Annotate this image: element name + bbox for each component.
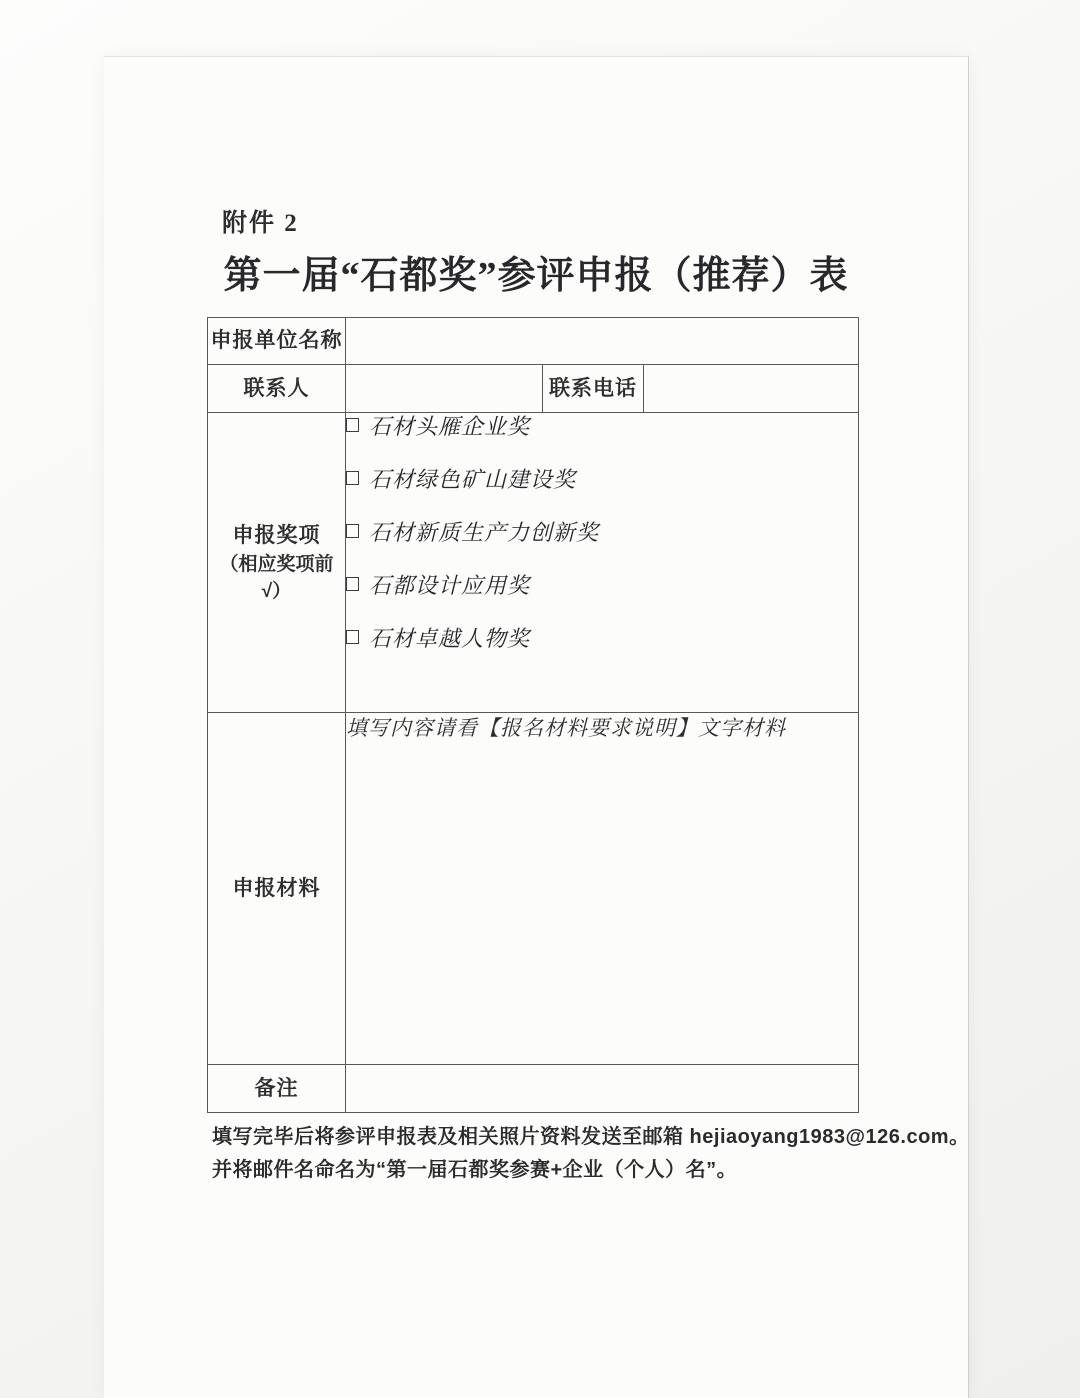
award-option-3: 石材新质生产力创新奖 (346, 519, 858, 543)
award-options-cell: 石材头雁企业奖 石材绿色矿山建设奖 石材新质生产力创新奖 石都设计应用奖 (346, 413, 859, 713)
award-option-label: 石都设计应用奖 (369, 569, 530, 600)
award-option-label: 石材新质生产力创新奖 (369, 516, 599, 547)
award-option-label: 石材卓越人物奖 (369, 622, 530, 653)
award-option-label: 石材绿色矿山建设奖 (369, 463, 576, 494)
materials-cell: 填写内容请看【报名材料要求说明】文字材料 (346, 713, 859, 1065)
phone-value-cell (644, 365, 859, 413)
award-option-5: 石材卓越人物奖 (346, 625, 858, 649)
table-row-remarks: 备注 (208, 1065, 859, 1113)
table-row-awards: 申报奖项 （相应奖项前 √） 石材头雁企业奖 石材绿色矿山建设奖 (208, 413, 859, 713)
application-form-table: 申报单位名称 联系人 联系电话 申报奖项 （相应奖项前 √） 石材头 (207, 317, 859, 1113)
page-title: 第一届“石都奖”参评申报（推荐）表 (104, 253, 968, 299)
contact-value-cell (346, 365, 543, 413)
checkbox-icon (346, 418, 359, 432)
award-note-line2: √） (208, 578, 345, 605)
footer-line1: 填写完毕后将参评申报表及相关照片资料发送至邮箱 hejiaoyang1983@1… (212, 1121, 892, 1154)
award-option-label: 石材头雁企业奖 (369, 410, 530, 441)
unit-name-value-cell (346, 318, 859, 365)
materials-label: 申报材料 (208, 713, 346, 1065)
footer-line2: 并将邮件名命名为“第一届石都奖参赛+企业（个人）名”。 (212, 1154, 892, 1187)
award-option-1: 石材头雁企业奖 (346, 413, 858, 437)
footer-instructions: 填写完毕后将参评申报表及相关照片资料发送至邮箱 hejiaoyang1983@1… (212, 1121, 892, 1187)
table-row-materials: 申报材料 填写内容请看【报名材料要求说明】文字材料 (208, 713, 859, 1065)
award-section-label: 申报奖项 （相应奖项前 √） (208, 413, 346, 713)
checkbox-icon (346, 630, 359, 644)
attachment-label: 附件 2 (222, 209, 299, 239)
award-note-line1: （相应奖项前 (208, 551, 345, 578)
materials-note: 填写内容请看【报名材料要求说明】文字材料 (346, 713, 858, 743)
unit-name-label: 申报单位名称 (208, 318, 346, 365)
award-label-text: 申报奖项 (208, 521, 345, 551)
table-row-contact: 联系人 联系电话 (208, 365, 859, 413)
award-option-2: 石材绿色矿山建设奖 (346, 466, 858, 490)
document-page: 附件 2 第一届“石都奖”参评申报（推荐）表 申报单位名称 联系人 联系电话 申… (104, 56, 969, 1398)
checkbox-icon (346, 577, 359, 591)
table-row-unit-name: 申报单位名称 (208, 318, 859, 365)
checkbox-icon (346, 471, 359, 485)
remarks-label: 备注 (208, 1065, 346, 1113)
checkbox-icon (346, 524, 359, 538)
remarks-value-cell (346, 1065, 859, 1113)
contact-label: 联系人 (208, 365, 346, 413)
award-option-4: 石都设计应用奖 (346, 572, 858, 596)
phone-label: 联系电话 (543, 365, 644, 413)
